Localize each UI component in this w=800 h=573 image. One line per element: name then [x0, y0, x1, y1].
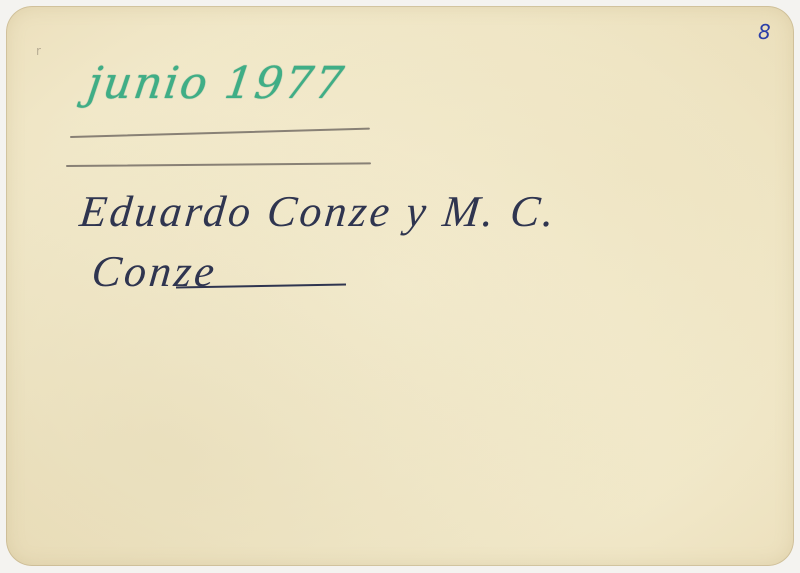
caption-line-1: Eduardo Conze y M. C. [77, 186, 559, 237]
underline-rule-1 [70, 128, 370, 138]
corner-pencil-mark: r [36, 44, 41, 58]
underline-rule-2 [66, 162, 371, 167]
photo-back-card: r junio 1977 Eduardo Conze y M. C. Conze… [6, 6, 794, 566]
date-handwriting: junio 1977 [84, 58, 348, 109]
page-number: 8 [758, 20, 771, 44]
caption-line-2: Conze [89, 246, 219, 297]
